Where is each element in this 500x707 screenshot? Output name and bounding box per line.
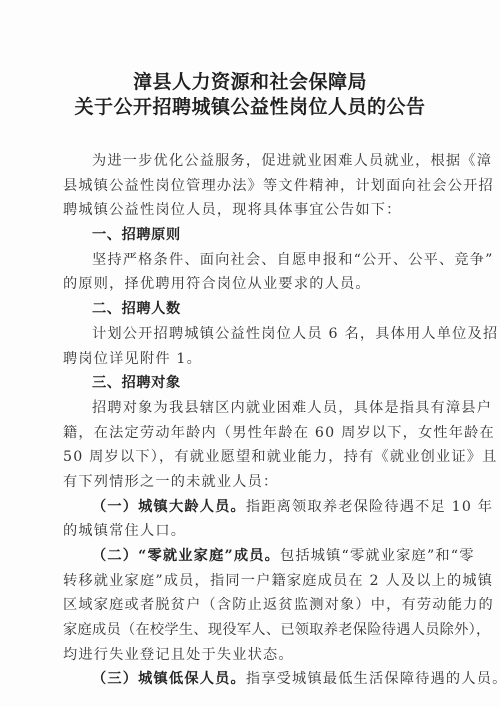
text-line: 区域家庭或者脱贫户（含防止返贫监测对象）中，有劳动能力的	[63, 593, 439, 618]
item-text: 包括城镇“零就业家庭”和“零	[280, 548, 475, 564]
text-line: 计划公开招聘城镇公益性岗位人员 6 名，具体用人单位及招	[63, 322, 439, 347]
section-heading-headcount: 二、招聘人数	[63, 297, 439, 322]
text-line: 转移就业家庭”成员，指同一户籍家庭成员在 2 人及以上的城镇	[63, 569, 439, 594]
section-principles-paragraph: 坚持严格条件、面向社会、自愿申报和“公开、公平、竞争” 的原则，择优聘用符合岗位…	[63, 248, 439, 297]
document-page: 漳县人力资源和社会保障局 关于公开招聘城镇公益性岗位人员的公告 为进一步优化公益…	[0, 0, 500, 707]
text-line: 的原则，择优聘用符合岗位从业要求的人员。	[63, 272, 439, 297]
text-line: （三）城镇低保人员。指享受城镇最低生活保障待遇的人员。	[63, 667, 439, 692]
item-label: （一）城镇大龄人员。	[92, 499, 246, 515]
item-label: （二）“零就业家庭”成员。	[92, 548, 280, 564]
title-line-agency: 漳县人力资源和社会保障局	[0, 70, 500, 95]
text-line: 坚持严格条件、面向社会、自愿申报和“公开、公平、竞争”	[63, 248, 439, 273]
text-line: 招聘对象为我县辖区内就业困难人员，具体是指具有漳县户	[63, 396, 439, 421]
section-heading-principles: 一、招聘原则	[63, 223, 439, 248]
text-line: 籍，在法定劳动年龄内（男性年龄在 60 周岁以下，女性年龄在	[63, 421, 439, 446]
section-eligibility-paragraph: 招聘对象为我县辖区内就业困难人员，具体是指具有漳县户 籍，在法定劳动年龄内（男性…	[63, 396, 439, 495]
item-text: 指享受城镇最低生活保障待遇的人员。	[246, 671, 500, 687]
section-heading-eligibility: 三、招聘对象	[63, 371, 439, 396]
text-line: 均进行失业登记且处于失业状态。	[63, 643, 439, 668]
title-line-subject: 关于公开招聘城镇公益性岗位人员的公告	[0, 95, 500, 120]
text-line: 50 周岁以下），有就业愿望和就业能力，持有《就业创业证》且	[63, 445, 439, 470]
text-line: 家庭成员（在校学生、现役军人、已领取养老保险待遇人员除外），	[63, 618, 439, 643]
intro-paragraph: 为进一步优化公益服务，促进就业困难人员就业，根据《漳 县城镇公益性岗位管理办法》…	[63, 149, 439, 223]
text-line: 有下列情形之一的未就业人员：	[63, 470, 439, 495]
text-line: 为进一步优化公益服务，促进就业困难人员就业，根据《漳	[63, 149, 439, 174]
text-line: （二）“零就业家庭”成员。包括城镇“零就业家庭”和“零	[63, 544, 439, 569]
eligibility-item-urban-low-income: （三）城镇低保人员。指享受城镇最低生活保障待遇的人员。	[63, 667, 439, 692]
text-line: 聘城镇公益性岗位人员，现将具体事宜公告如下：	[63, 198, 439, 223]
text-line: 的城镇常住人口。	[63, 519, 439, 544]
text-line: 聘岗位详见附件 1。	[63, 347, 439, 372]
item-label: （三）城镇低保人员。	[92, 671, 246, 687]
section-headcount-paragraph: 计划公开招聘城镇公益性岗位人员 6 名，具体用人单位及招 聘岗位详见附件 1。	[63, 322, 439, 371]
text-line: （一）城镇大龄人员。指距离领取养老保险待遇不足 10 年	[63, 495, 439, 520]
eligibility-item-zero-employment-family: （二）“零就业家庭”成员。包括城镇“零就业家庭”和“零 转移就业家庭”成员，指同…	[63, 544, 439, 667]
text-line: 县城镇公益性岗位管理办法》等文件精神，计划面向社会公开招	[63, 174, 439, 199]
document-body: 为进一步优化公益服务，促进就业困难人员就业，根据《漳 县城镇公益性岗位管理办法》…	[63, 149, 439, 692]
eligibility-item-urban-older: （一）城镇大龄人员。指距离领取养老保险待遇不足 10 年 的城镇常住人口。	[63, 495, 439, 544]
item-text: 指距离领取养老保险待遇不足 10 年	[246, 499, 493, 515]
document-title: 漳县人力资源和社会保障局 关于公开招聘城镇公益性岗位人员的公告	[0, 70, 500, 120]
